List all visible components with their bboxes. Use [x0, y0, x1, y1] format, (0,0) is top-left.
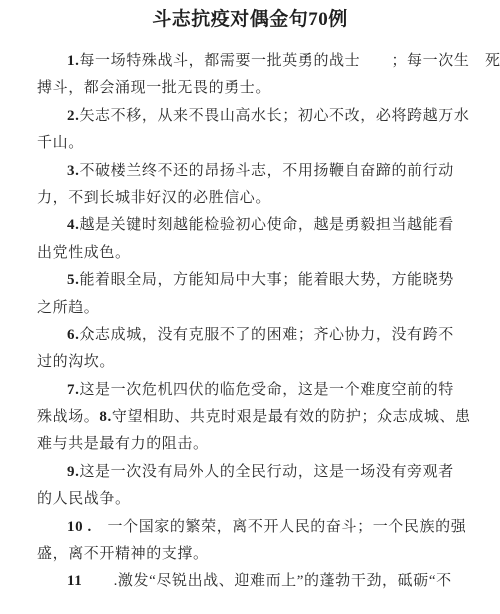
line-text: 每一场特殊战斗，都需要一批英勇的战士 ；每一次生 死	[79, 53, 500, 69]
line-text: 千山。	[37, 135, 84, 151]
line-text: 众志成城，没有克服不了的困难；齐心协力，没有跨不	[79, 327, 453, 343]
document-body: 1.每一场特殊战斗，都需要一批英勇的战士 ；每一次生 死搏斗，都会涌现一批无畏的…	[37, 48, 463, 596]
item-number: 6.	[67, 327, 79, 343]
line-text: 殊战场。	[37, 409, 99, 425]
line-text: 能着眼全局，方能知局中大事；能着眼大势，方能晓势	[79, 272, 453, 288]
text-line: 出党性成色。	[37, 240, 463, 267]
item-number: 8.	[99, 409, 111, 425]
item-number: 9.	[67, 464, 79, 480]
text-line: 6.众志成城，没有克服不了的困难；齐心协力，没有跨不	[37, 322, 463, 349]
text-line: 5.能着眼全局，方能知局中大事；能着眼大势，方能晓势	[37, 267, 463, 294]
text-line: 11 .激发“尽锐出战、迎难而上”的蓬勃干劲，砥砺“不	[37, 568, 463, 595]
item-number: 3.	[67, 163, 79, 179]
item-number: 5.	[67, 272, 79, 288]
line-text: 守望相助、共克时艰是最有效的防护；众志成城、患	[112, 409, 471, 425]
text-line: 盛，离不开精神的支撑。	[37, 541, 463, 568]
line-text: 之所趋。	[37, 300, 99, 316]
text-line: 的人民战争。	[37, 486, 463, 513]
text-line: 之所趋。	[37, 295, 463, 322]
text-line: 9.这是一次没有局外人的全民行动，这是一场没有旁观者	[37, 459, 463, 486]
line-text: 过的沟坎。	[37, 354, 115, 370]
item-number: 2.	[67, 108, 79, 124]
line-text: 盛，离不开精神的支撑。	[37, 546, 209, 562]
text-line: 4.越是关键时刻越能检验初心使命，越是勇毅担当越能看	[37, 212, 463, 239]
line-text: 一个国家的繁荣，离不开人民的奋斗；一个民族的强	[92, 519, 466, 535]
text-line: 殊战场。8.守望相助、共克时艰是最有效的防护；众志成城、患	[37, 404, 463, 431]
document-page: 斗志抗疫对偶金句70例 1.每一场特殊战斗，都需要一批英勇的战士 ；每一次生 死…	[0, 0, 500, 614]
text-line: 10 . 一个国家的繁荣，离不开人民的奋斗；一个民族的强	[37, 514, 463, 541]
line-text: 搏斗，都会涌现一批无畏的勇士。	[37, 80, 271, 96]
line-text: 矢志不移，从来不畏山高水长；初心不改，必将跨越万水	[79, 108, 469, 124]
item-number: 11	[67, 573, 82, 589]
text-line: 力，不到长城非好汉的必胜信心。	[37, 185, 463, 212]
line-text: 的人民战争。	[37, 491, 131, 507]
document-title: 斗志抗疫对偶金句70例	[37, 5, 463, 35]
text-line: 过的沟坎。	[37, 349, 463, 376]
text-line: 7.这是一次危机四伏的临危受命，这是一个难度空前的特	[37, 377, 463, 404]
text-line: 千山。	[37, 130, 463, 157]
line-text: 这是一次危机四伏的临危受命，这是一个难度空前的特	[79, 382, 453, 398]
line-text: .激发“尽锐出战、迎难而上”的蓬勃干劲，砥砺“不	[82, 573, 451, 589]
text-line: 1.每一场特殊战斗，都需要一批英勇的战士 ；每一次生 死	[37, 48, 463, 75]
item-number: 7.	[67, 382, 79, 398]
line-text: 出党性成色。	[37, 245, 131, 261]
text-line: 搏斗，都会涌现一批无畏的勇士。	[37, 75, 463, 102]
text-line: 难与共是最有力的阻击。	[37, 431, 463, 458]
item-number: 1.	[67, 53, 79, 69]
line-text: 力，不到长城非好汉的必胜信心。	[37, 190, 271, 206]
text-line: 3.不破楼兰终不还的昂扬斗志，不用扬鞭自奋蹄的前行动	[37, 158, 463, 185]
line-text: 这是一次没有局外人的全民行动，这是一场没有旁观者	[79, 464, 453, 480]
line-text: 越是关键时刻越能检验初心使命，越是勇毅担当越能看	[79, 217, 453, 233]
line-text: 不破楼兰终不还的昂扬斗志，不用扬鞭自奋蹄的前行动	[79, 163, 453, 179]
item-number: 4.	[67, 217, 79, 233]
item-number: 10 .	[67, 519, 92, 535]
line-text: 难与共是最有力的阻击。	[37, 436, 209, 452]
text-line: 2.矢志不移，从来不畏山高水长；初心不改，必将跨越万水	[37, 103, 463, 130]
